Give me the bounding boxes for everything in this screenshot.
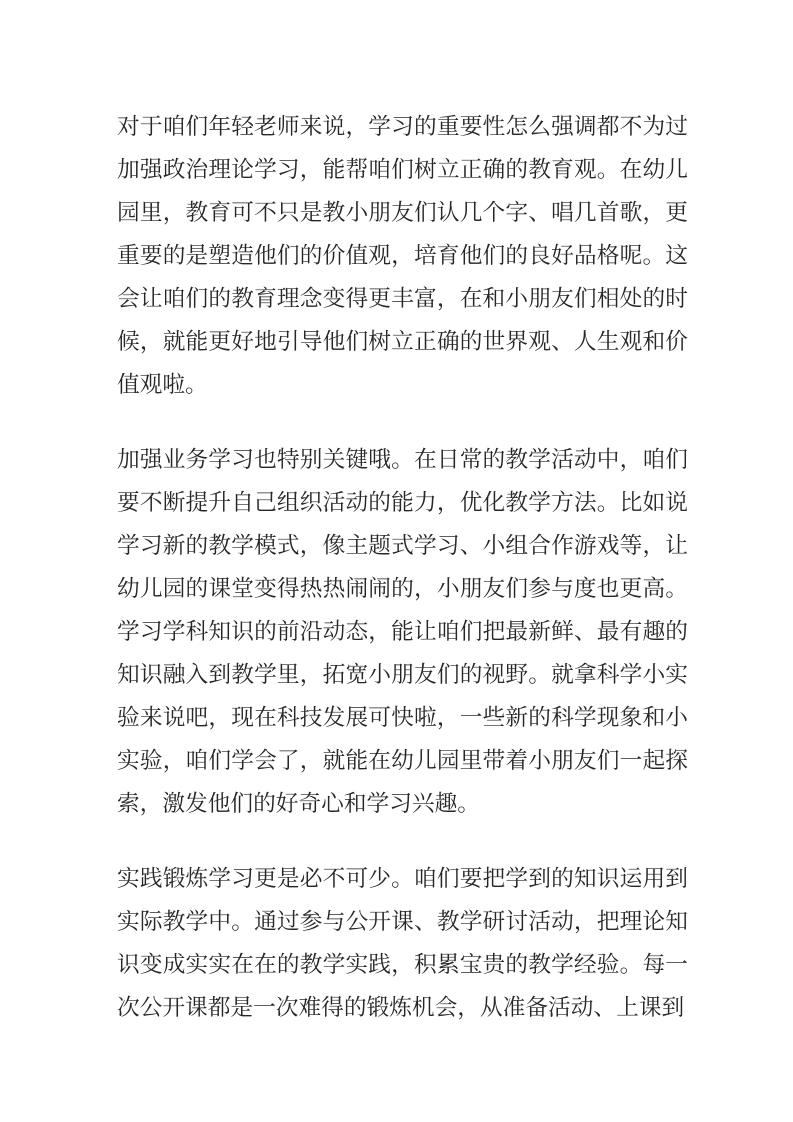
paragraph: 加强业务学习也特别关键哦。在日常的教学活动中，咱们要不断提升自己组织活动的能力，… bbox=[117, 438, 688, 825]
text-line: 知识融入到教学里，拓宽小朋友们的视野。就拿科学小实 bbox=[117, 653, 688, 696]
text-line: 识变成实实在在的教学实践，积累宝贵的教学经验。每一 bbox=[117, 943, 688, 986]
text-line: 园里，教育可不只是教小朋友们认几个字、唱几首歌，更 bbox=[117, 191, 688, 234]
text-line: 学习学科知识的前沿动态，能让咱们把最新鲜、最有趣的 bbox=[117, 610, 688, 653]
text-line: 值观啦。 bbox=[117, 363, 688, 406]
paragraph: 实践锻炼学习更是必不可少。咱们要把学到的知识运用到实际教学中。通过参与公开课、教… bbox=[117, 857, 688, 1029]
text-line: 实验，咱们学会了，就能在幼儿园里带着小朋友们一起探 bbox=[117, 739, 688, 782]
text-line: 次公开课都是一次难得的锻炼机会，从准备活动、上课到 bbox=[117, 986, 688, 1029]
text-line: 候，就能更好地引导他们树立正确的世界观、人生观和价 bbox=[117, 320, 688, 363]
text-line: 会让咱们的教育理念变得更丰富，在和小朋友们相处的时 bbox=[117, 277, 688, 320]
document-body: 对于咱们年轻老师来说，学习的重要性怎么强调都不为过加强政治理论学习，能帮咱们树立… bbox=[117, 105, 688, 1029]
text-line: 验来说吧，现在科技发展可快啦，一些新的科学现象和小 bbox=[117, 696, 688, 739]
text-line: 学习新的教学模式，像主题式学习、小组合作游戏等，让 bbox=[117, 524, 688, 567]
text-line: 对于咱们年轻老师来说，学习的重要性怎么强调都不为过 bbox=[117, 105, 688, 148]
text-line: 要不断提升自己组织活动的能力，优化教学方法。比如说 bbox=[117, 481, 688, 524]
text-line: 实践锻炼学习更是必不可少。咱们要把学到的知识运用到 bbox=[117, 857, 688, 900]
text-line: 重要的是塑造他们的价值观，培育他们的良好品格呢。这 bbox=[117, 234, 688, 277]
text-line: 实际教学中。通过参与公开课、教学研讨活动，把理论知 bbox=[117, 900, 688, 943]
text-line: 加强业务学习也特别关键哦。在日常的教学活动中，咱们 bbox=[117, 438, 688, 481]
text-line: 索，激发他们的好奇心和学习兴趣。 bbox=[117, 782, 688, 825]
text-line: 幼儿园的课堂变得热热闹闹的，小朋友们参与度也更高。 bbox=[117, 567, 688, 610]
document-page: 对于咱们年轻老师来说，学习的重要性怎么强调都不为过加强政治理论学习，能帮咱们树立… bbox=[0, 0, 793, 1122]
paragraph: 对于咱们年轻老师来说，学习的重要性怎么强调都不为过加强政治理论学习，能帮咱们树立… bbox=[117, 105, 688, 406]
text-line: 加强政治理论学习，能帮咱们树立正确的教育观。在幼儿 bbox=[117, 148, 688, 191]
